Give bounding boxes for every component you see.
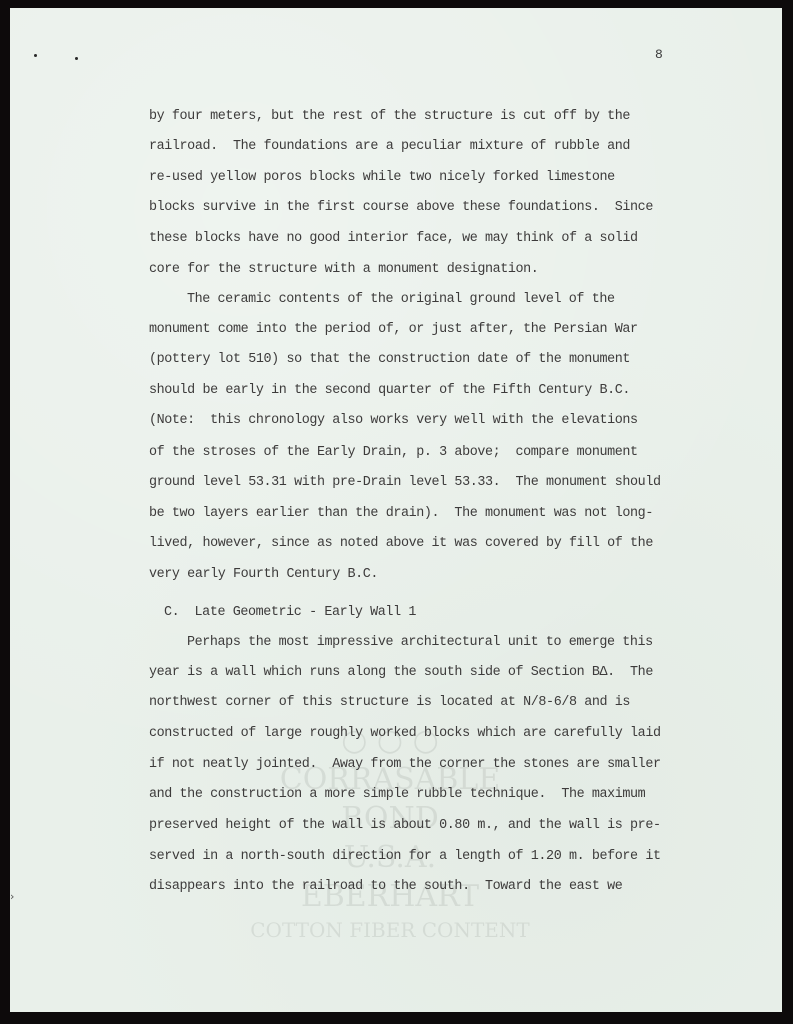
section-heading: C. Late Geometric - Early Wall 1 [164, 605, 416, 621]
text-line: (pottery lot 510) so that the constructi… [149, 352, 630, 368]
text-line: of the stroses of the Early Drain, p. 3 … [149, 445, 638, 461]
text-line: re-used yellow poros blocks while two ni… [149, 170, 615, 186]
text-line: core for the structure with a monument d… [149, 262, 538, 278]
text-line: preserved height of the wall is about 0.… [149, 818, 661, 834]
text-line: Perhaps the most impressive architectura… [187, 635, 653, 651]
text-line: blocks survive in the first course above… [149, 200, 653, 216]
text-line: disappears into the railroad to the sout… [149, 879, 622, 895]
text-line: (Note: this chronology also works very w… [149, 413, 638, 429]
text-line: should be early in the second quarter of… [149, 383, 630, 399]
text-line: monument come into the period of, or jus… [149, 322, 638, 338]
text-line: be two layers earlier than the drain). T… [149, 506, 653, 522]
text-line: by four meters, but the rest of the stru… [149, 109, 630, 125]
text-line: constructed of large roughly worked bloc… [149, 726, 661, 742]
text-line: northwest corner of this structure is lo… [149, 695, 630, 711]
text-line: and the construction a more simple rubbl… [149, 787, 645, 803]
punch-mark [75, 57, 78, 60]
text-line: lived, however, since as noted above it … [149, 536, 653, 552]
text-line: ground level 53.31 with pre-Drain level … [149, 475, 661, 491]
text-line: served in a north-south direction for a … [149, 849, 661, 865]
text-line: railroad. The foundations are a peculiar… [149, 139, 630, 155]
document-page: 8 ○ ○ ○ CORRASABLE BOND U.S.A. EBERHART … [10, 8, 782, 1012]
margin-mark: › [10, 890, 14, 903]
text-line: these blocks have no good interior face,… [149, 231, 638, 247]
punch-mark [34, 54, 37, 57]
text-line: very early Fourth Century B.C. [149, 567, 378, 583]
text-line: The ceramic contents of the original gro… [187, 292, 615, 308]
page-number: 8 [655, 47, 663, 62]
text-line: year is a wall which runs along the sout… [149, 665, 653, 681]
text-line: if not neatly jointed. Away from the cor… [149, 757, 661, 773]
